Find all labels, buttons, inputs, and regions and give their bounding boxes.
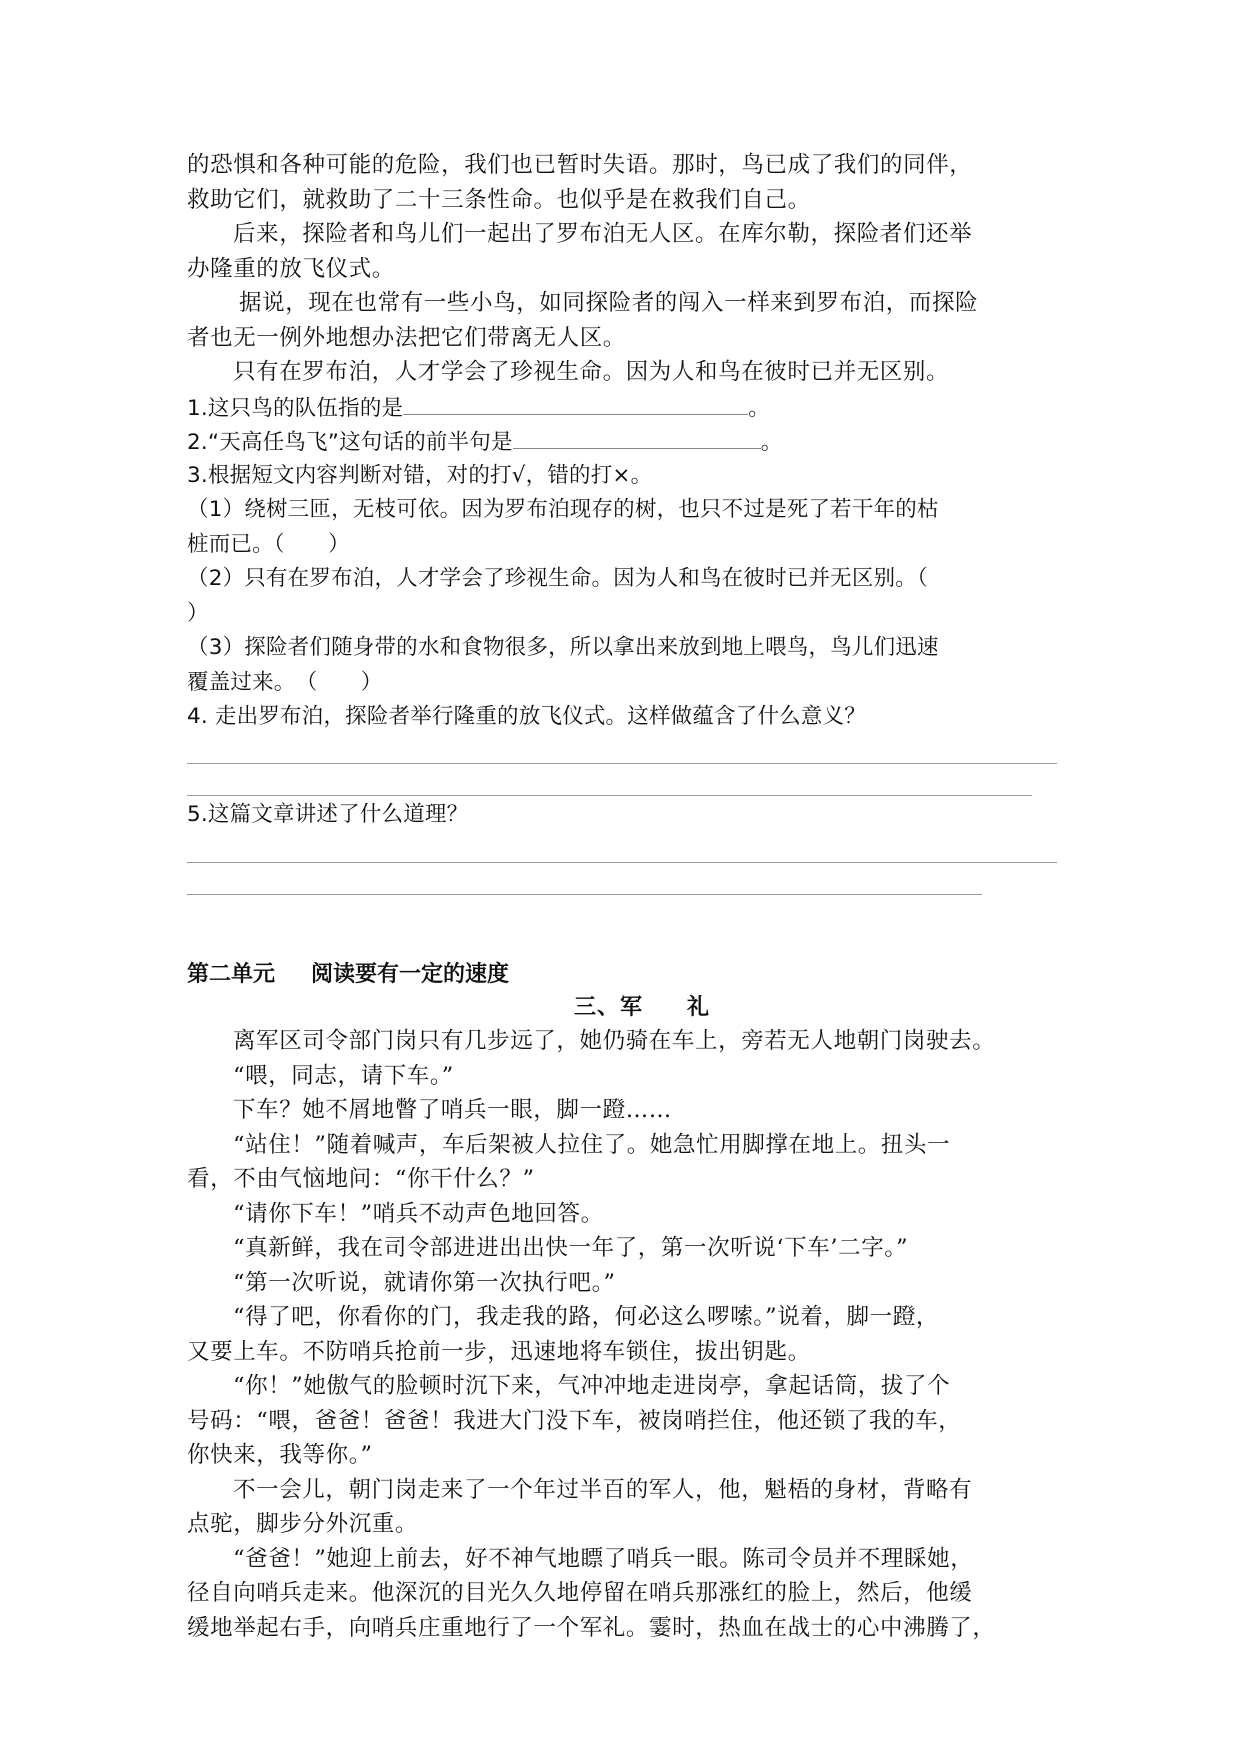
unit-label: 第二单元 xyxy=(187,962,275,987)
question-1-prompt: 1.这只鸟的队伍指的是 xyxy=(187,396,403,421)
text-line: “请你下车！”哨兵不动声色地回答。 xyxy=(187,1197,1057,1232)
question-5-prompt: 5.这篇文章讲述了什么道理？ xyxy=(187,798,1057,833)
question-3-item-3-cont[interactable]: 覆盖过来。 （ ） xyxy=(187,666,1057,701)
text-line: 径自向哨兵走来。他深沉的目光久久地停留在哨兵那涨红的脸上，然后，他缓 xyxy=(187,1576,1057,1611)
text-line: 只有在罗布泊，人才学会了珍视生命。因为人和鸟在彼时已并无区别。 xyxy=(187,355,1057,390)
text-line: 你快来，我等你。” xyxy=(187,1438,1057,1473)
question-2: 2.“天高任鸟飞”这句话的前半句是。 xyxy=(187,424,1057,459)
worksheet-page: 的恐惧和各种可能的危险，我们也已暂时失语。那时，鸟已成了我们的同伴， 救助它们，… xyxy=(187,148,1057,1645)
text-line: 救助它们，就救助了二十三条性命。也似乎是在救我们自己。 xyxy=(187,183,1057,218)
questions: 1.这只鸟的队伍指的是。 2.“天高任鸟飞”这句话的前半句是。 3.根据短文内容… xyxy=(187,390,1057,896)
question-4-prompt: 4. 走出罗布泊，探险者举行隆重的放飞仪式。这样做蕴含了什么意义？ xyxy=(187,700,1057,735)
lesson-title-start: 三、军 xyxy=(574,995,643,1020)
question-1: 1.这只鸟的队伍指的是。 xyxy=(187,390,1057,425)
question-3-item-1: （1）绕树三匝，无枝可依。因为罗布泊现存的树，也只不过是死了若干年的枯 xyxy=(187,493,1057,528)
text-line: 不一会儿，朝门岗走来了一个年过半百的军人，他，魁梧的身材，背略有 xyxy=(187,1473,1057,1508)
question-3-item-2-cont[interactable]: ） xyxy=(187,597,1057,632)
question-1-suffix: 。 xyxy=(748,396,770,421)
text-line: “第一次听说，就请你第一次执行吧。” xyxy=(187,1266,1057,1301)
text-line: 据说，现在也常有一些小鸟，如同探险者的闯入一样来到罗布泊，而探险 xyxy=(187,286,1057,321)
lesson-title-end: 礼 xyxy=(687,995,710,1020)
question-2-suffix: 。 xyxy=(761,430,783,455)
text-line: 下车？她不屑地瞥了哨兵一眼，脚一蹬…… xyxy=(187,1093,1057,1128)
question-2-blank[interactable] xyxy=(513,424,761,449)
text-line: 看，不由气恼地问：“你干什么？” xyxy=(187,1162,1057,1197)
text-line: “得了吧，你看你的门，我走我的路，何必这么啰嗦。”说着，脚一蹬， xyxy=(187,1300,1057,1335)
text-line: 又要上车。不防哨兵抢前一步，迅速地将车锁住，拔出钥匙。 xyxy=(187,1335,1057,1370)
text-line: “喂，同志，请下车。” xyxy=(187,1059,1057,1094)
question-3-item-3: （3）探险者们随身带的水和食物很多，所以拿出来放到地上喂鸟，鸟儿们迅速 xyxy=(187,631,1057,666)
text-line: 号码：“喂，爸爸！爸爸！我进大门没下车，被岗哨拦住，他还锁了我的车， xyxy=(187,1404,1057,1439)
unit-title: 阅读要有一定的速度 xyxy=(311,962,509,987)
question-3-item-2: （2）只有在罗布泊，人才学会了珍视生命。因为人和鸟在彼时已并无区别。（ xyxy=(187,562,1057,597)
question-3-prompt: 3.根据短文内容判断对错，对的打√，错的打×。 xyxy=(187,459,1057,494)
text-line: 办隆重的放飞仪式。 xyxy=(187,252,1057,287)
text-line: 的恐惧和各种可能的危险，我们也已暂时失语。那时，鸟已成了我们的同伴， xyxy=(187,148,1057,183)
text-line: “站住！”随着喊声，车后架被人拉住了。她急忙用脚撑在地上。扭头一 xyxy=(187,1128,1057,1163)
passage-ending: 的恐惧和各种可能的危险，我们也已暂时失语。那时，鸟已成了我们的同伴， 救助它们，… xyxy=(187,148,1057,390)
question-2-prompt: 2.“天高任鸟飞”这句话的前半句是 xyxy=(187,430,513,455)
text-line: 点驼，脚步分外沉重。 xyxy=(187,1507,1057,1542)
question-3-item-1-cont[interactable]: 桩而已。（ ） xyxy=(187,528,1057,563)
question-1-blank[interactable] xyxy=(403,390,748,415)
text-line: 后来，探险者和鸟儿们一起出了罗布泊无人区。在库尔勒，探险者们还举 xyxy=(187,217,1057,252)
text-line: “你！”她傲气的脸顿时沉下来，气冲冲地走进岗亭，拿起话筒，拔了个 xyxy=(187,1369,1057,1404)
text-line: 者也无一例外地想办法把它们带离无人区。 xyxy=(187,321,1057,356)
lesson-title: 三、军礼 xyxy=(187,992,1057,1024)
unit-heading: 第二单元阅读要有一定的速度 xyxy=(187,958,1057,992)
text-line: 离军区司令部门岗只有几步远了，她仍骑在车上，旁若无人地朝门岗驶去。 xyxy=(187,1024,1057,1059)
text-line: “爸爸！”她迎上前去，好不神气地瞟了哨兵一眼。陈司令员并不理睬她， xyxy=(187,1542,1057,1577)
text-line: 缓地举起右手，向哨兵庄重地行了一个军礼。霎时，热血在战士的心中沸腾了， xyxy=(187,1611,1057,1646)
lesson-passage: 离军区司令部门岗只有几步远了，她仍骑在车上，旁若无人地朝门岗驶去。 “喂，同志，… xyxy=(187,1024,1057,1645)
text-line: “真新鲜，我在司令部进进出出快一年了，第一次听说‘下车’二字。” xyxy=(187,1231,1057,1266)
